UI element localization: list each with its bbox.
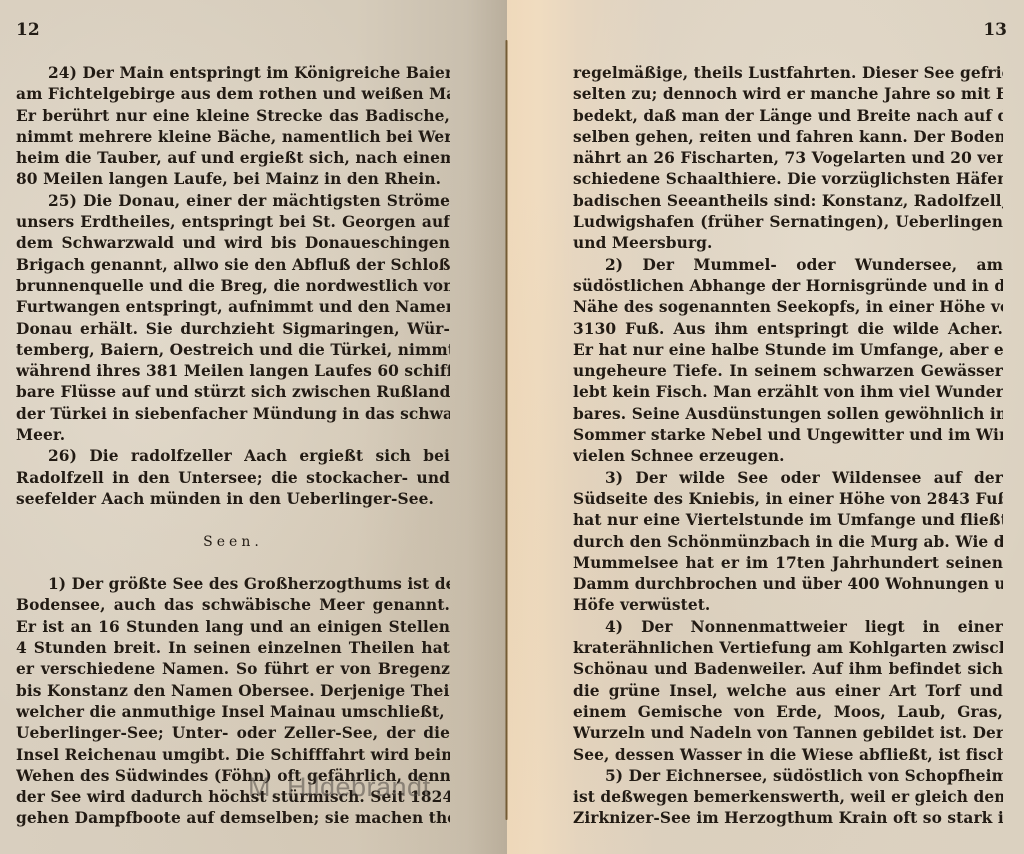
- text-line: Meer.: [16, 425, 450, 446]
- text-line: der See wird dadurch höchst stürmisch. S…: [16, 787, 450, 808]
- text-line: und Meersburg.: [573, 233, 1003, 254]
- text-line: Sommer starke Nebel und Ungewitter und i…: [573, 425, 1003, 446]
- text-line: brunnenquelle und die Breg, die nordwest…: [16, 276, 450, 297]
- text-line: badischen Seeantheils sind: Konstanz, Ra…: [573, 191, 1003, 212]
- text-line: hat nur eine Viertelstunde im Umfange un…: [573, 510, 1003, 531]
- text-line: Brigach genannt, allwo sie den Abfluß de…: [16, 255, 450, 276]
- text-line: See, dessen Wasser in die Wiese abfließt…: [573, 745, 1003, 766]
- text-line: nährt an 26 Fischarten, 73 Vogelarten un…: [573, 148, 1003, 169]
- page-number-right: 13: [983, 20, 1007, 40]
- left-page-text: 24) Der Main entspringt im Königreiche B…: [16, 63, 450, 830]
- text-line: ungeheure Tiefe. In seinem schwarzen Gew…: [573, 361, 1003, 382]
- text-line: ist deßwegen bemerkenswerth, weil er gle…: [573, 787, 1003, 808]
- text-line: vielen Schnee erzeugen.: [573, 446, 1003, 467]
- text-line: bis Konstanz den Namen Obersee. Derjenig…: [16, 681, 450, 702]
- text-line: temberg, Baiern, Oestreich und die Türke…: [16, 340, 450, 361]
- text-line: der Türkei in siebenfacher Mündung in da…: [16, 404, 450, 425]
- text-line: 24) Der Main entspringt im Königreiche B…: [16, 63, 450, 84]
- text-line: Höfe verwüstet.: [573, 595, 1003, 616]
- text-line: unsers Erdtheiles, entspringt bei St. Ge…: [16, 212, 450, 233]
- text-line: 3130 Fuß. Aus ihm entspringt die wilde A…: [573, 319, 1003, 340]
- text-line: 3) Der wilde See oder Wildensee auf der: [573, 468, 1003, 489]
- text-line: Schönau und Badenweiler. Auf ihm befinde…: [573, 659, 1003, 680]
- text-line: Ludwigshafen (früher Sernatingen), Ueber…: [573, 212, 1003, 233]
- text-line: 4 Stunden breit. In seinen einzelnen The…: [16, 638, 450, 659]
- section-heading: Seen.: [16, 532, 450, 553]
- book-gutter: [505, 40, 508, 820]
- text-line: Damm durchbrochen und über 400 Wohnungen…: [573, 574, 1003, 595]
- spacer: [16, 510, 450, 531]
- left-page: 12 24) Der Main entspringt im Königreich…: [0, 0, 507, 854]
- text-line: selben gehen, reiten und fahren kann. De…: [573, 127, 1003, 148]
- text-line: Er hat nur eine halbe Stunde im Umfange,…: [573, 340, 1003, 361]
- text-line: Wurzeln und Nadeln von Tannen gebildet i…: [573, 723, 1003, 744]
- text-line: Insel Reichenau umgibt. Die Schifffahrt …: [16, 745, 450, 766]
- text-line: Bodensee, auch das schwäbische Meer gena…: [16, 595, 450, 616]
- text-line: am Fichtelgebirge aus dem rothen und wei…: [16, 84, 450, 105]
- text-line: 80 Meilen langen Laufe, bei Mainz in den…: [16, 169, 450, 190]
- text-line: bare Flüsse auf und stürzt sich zwischen…: [16, 382, 450, 403]
- text-line: durch den Schönmünzbach in die Murg ab. …: [573, 532, 1003, 553]
- spacer: [16, 553, 450, 574]
- text-line: kraterähnlichen Vertiefung am Kohlgarten…: [573, 638, 1003, 659]
- text-line: dem Schwarzwald und wird bis Donaueschin…: [16, 233, 450, 254]
- text-line: selten zu; dennoch wird er manche Jahre …: [573, 84, 1003, 105]
- right-page-text: regelmäßige, theils Lustfahrten. Dieser …: [573, 63, 1003, 830]
- text-line: Radolfzell in den Untersee; die stockach…: [16, 468, 450, 489]
- text-line: einem Gemische von Erde, Moos, Laub, Gra…: [573, 702, 1003, 723]
- text-line: Zirknizer-See im Herzogthum Krain oft so…: [573, 808, 1003, 829]
- text-line: regelmäßige, theils Lustfahrten. Dieser …: [573, 63, 1003, 84]
- text-line: 26) Die radolfzeller Aach ergießt sich b…: [16, 446, 450, 467]
- text-line: nimmt mehrere kleine Bäche, namentlich b…: [16, 127, 450, 148]
- text-line: Mummelsee hat er im 17ten Jahrhundert se…: [573, 553, 1003, 574]
- text-line: bares. Seine Ausdünstungen sollen gewöhn…: [573, 404, 1003, 425]
- text-line: Er ist an 16 Stunden lang und an einigen…: [16, 617, 450, 638]
- text-line: 5) Der Eichnersee, südöstlich von Schopf…: [573, 766, 1003, 787]
- text-line: 25) Die Donau, einer der mächtigsten Str…: [16, 191, 450, 212]
- text-line: 1) Der größte See des Großherzogthums is…: [16, 574, 450, 595]
- text-line: Furtwangen entspringt, aufnimmt und den …: [16, 297, 450, 318]
- text-line: südöstlichen Abhange der Hornisgründe un…: [573, 276, 1003, 297]
- text-line: schiedene Schaalthiere. Die vorzüglichst…: [573, 169, 1003, 190]
- book-spread: 12 24) Der Main entspringt im Königreich…: [0, 0, 1024, 854]
- text-line: während ihres 381 Meilen langen Laufes 6…: [16, 361, 450, 382]
- text-line: Ueberlinger-See; Unter- oder Zeller-See,…: [16, 723, 450, 744]
- text-line: 2) Der Mummel- oder Wundersee, am: [573, 255, 1003, 276]
- text-line: Er berührt nur eine kleine Strecke das B…: [16, 106, 450, 127]
- text-line: bedekt, daß man der Länge und Breite nac…: [573, 106, 1003, 127]
- text-line: gehen Dampfboote auf demselben; sie mach…: [16, 808, 450, 829]
- text-line: Donau erhält. Sie durchzieht Sigmaringen…: [16, 319, 450, 340]
- text-line: 4) Der Nonnenmattweier liegt in einer: [573, 617, 1003, 638]
- text-line: welcher die anmuthige Insel Mainau umsch…: [16, 702, 450, 723]
- text-line: Nähe des sogenannten Seekopfs, in einer …: [573, 297, 1003, 318]
- text-line: heim die Tauber, auf und ergießt sich, n…: [16, 148, 450, 169]
- text-line: die grüne Insel, welche aus einer Art To…: [573, 681, 1003, 702]
- text-line: lebt kein Fisch. Man erzählt von ihm vie…: [573, 382, 1003, 403]
- text-line: er verschiedene Namen. So führt er von B…: [16, 659, 450, 680]
- text-line: seefelder Aach münden in den Ueberlinger…: [16, 489, 450, 510]
- page-number-left: 12: [16, 20, 40, 40]
- text-line: Südseite des Kniebis, in einer Höhe von …: [573, 489, 1003, 510]
- right-page: 13 regelmäßige, theils Lustfahrten. Dies…: [507, 0, 1024, 854]
- text-line: Wehen des Südwindes (Föhn) oft gefährlic…: [16, 766, 450, 787]
